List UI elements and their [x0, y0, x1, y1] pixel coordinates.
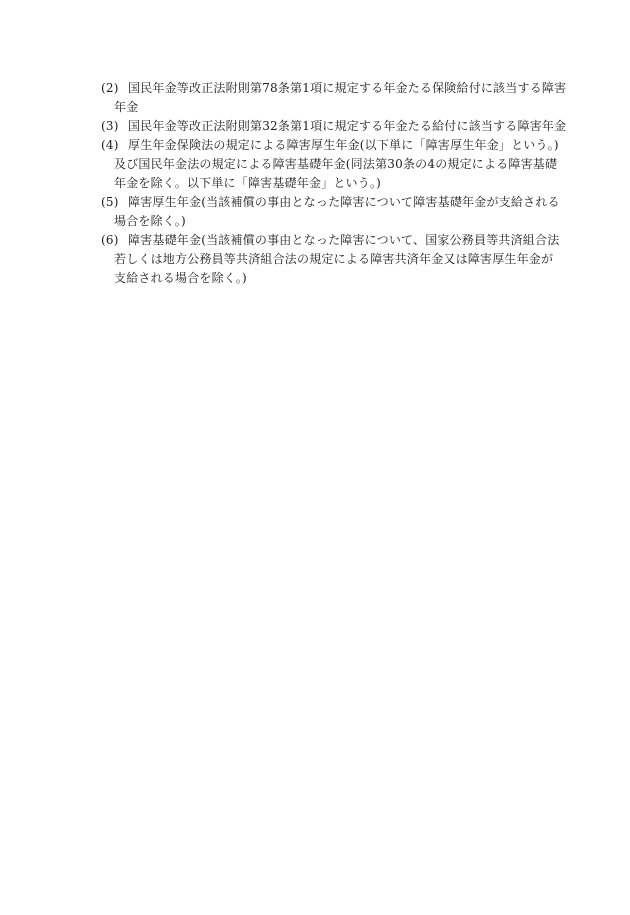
item-text: 障害厚生年金(当該補償の事由となった障害について障害基礎年金が支給される: [128, 195, 560, 209]
list-item-5: (5)障害厚生年金(当該補償の事由となった障害について障害基礎年金が支給される場…: [0, 193, 630, 231]
document-page: (2)国民年金等改正法附則第78条第1項に規定する年金たる保険給付に該当する障害…: [0, 0, 630, 915]
item-text: 国民年金等改正法附則第32条第1項に規定する年金たる給付に該当する障害年金: [128, 119, 566, 133]
item-number: (3): [101, 117, 128, 136]
list-item-3: (3)国民年金等改正法附則第32条第1項に規定する年金たる給付に該当する障害年金: [0, 117, 630, 136]
item-line: 及び国民年金法の規定による障害基礎年金(同法第30条の4の規定による障害基礎: [0, 155, 630, 174]
item-line: 若しくは地方公務員等共済組合法の規定による障害共済年金又は障害厚生年金が: [0, 250, 630, 269]
item-line: 年金: [0, 98, 630, 117]
list-item-6: (6)障害基礎年金(当該補償の事由となった障害について、国家公務員等共済組合法若…: [0, 231, 630, 288]
item-number: (6): [101, 231, 128, 250]
item-line: (6)障害基礎年金(当該補償の事由となった障害について、国家公務員等共済組合法: [0, 231, 630, 250]
item-text: 障害基礎年金(当該補償の事由となった障害について、国家公務員等共済組合法: [128, 233, 559, 247]
item-line: (3)国民年金等改正法附則第32条第1項に規定する年金たる給付に該当する障害年金: [0, 117, 630, 136]
item-line: 場合を除く。): [0, 212, 630, 231]
item-text: 厚生年金保険法の規定による障害厚生年金(以下単に「障害厚生年金」という。): [128, 138, 559, 152]
item-number: (5): [101, 193, 128, 212]
item-line: 支給される場合を除く。): [0, 269, 630, 288]
item-line: (4)厚生年金保険法の規定による障害厚生年金(以下単に「障害厚生年金」という。): [0, 136, 630, 155]
numbered-list: (2)国民年金等改正法附則第78条第1項に規定する年金たる保険給付に該当する障害…: [0, 79, 630, 288]
item-line: (5)障害厚生年金(当該補償の事由となった障害について障害基礎年金が支給される: [0, 193, 630, 212]
item-number: (2): [101, 79, 128, 98]
item-line: (2)国民年金等改正法附則第78条第1項に規定する年金たる保険給付に該当する障害: [0, 79, 630, 98]
list-item-4: (4)厚生年金保険法の規定による障害厚生年金(以下単に「障害厚生年金」という。)…: [0, 136, 630, 193]
item-text: 国民年金等改正法附則第78条第1項に規定する年金たる保険給付に該当する障害: [128, 81, 566, 95]
item-number: (4): [101, 136, 128, 155]
item-line: 年金を除く。以下単に「障害基礎年金」という。): [0, 174, 630, 193]
list-item-2: (2)国民年金等改正法附則第78条第1項に規定する年金たる保険給付に該当する障害…: [0, 79, 630, 117]
